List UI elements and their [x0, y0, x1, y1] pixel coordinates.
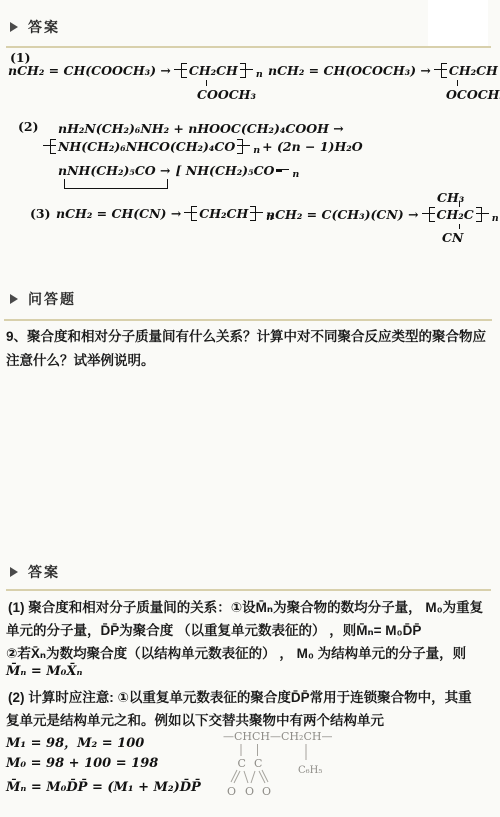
phenyl-group: C₆H₅	[298, 765, 322, 776]
heading-label: 答案	[28, 17, 60, 37]
eq-text: nCH₂ = CH(COOCH₃) →	[8, 63, 171, 78]
answer-text-line: ②若X̄ₙ为数均聚合度（以结构单元数表征的） ， M₀ 为结构单元的分子量，则	[6, 642, 466, 662]
divider	[6, 589, 491, 591]
arrow-bullet-icon	[10, 22, 18, 32]
item-label: (2)	[18, 119, 39, 134]
carbonyl-c-left: C	[238, 757, 246, 770]
eq-text: nCH₂ = CH(CN) →	[56, 206, 181, 221]
equation-2-line3: nNH(CH₂)₅CO → [ NH(CH₂)₅CO n	[58, 163, 299, 178]
bond-line	[244, 771, 248, 783]
equation-1-left: nCH₂ = CH(COOCH₃) → CH₂CH n	[8, 63, 263, 78]
divider	[4, 319, 492, 321]
repeat-unit: NH(CH₂)₆NHCO(CH₂)₄CO	[58, 139, 235, 154]
oxygen-atom: O	[227, 785, 236, 798]
bond-line	[234, 771, 240, 783]
bond-line	[459, 224, 460, 229]
highlight-patch	[428, 0, 488, 46]
copolymer-structure: —CHCH—CH₂CH— C C C₆H₅ O O O	[212, 727, 392, 801]
open-bracket-icon	[191, 206, 197, 221]
answer-text-line: 单元的分子量，D̄P̄为聚合度 （以重复单元数表征的） ，则M̄ₙ= M₀D̄P…	[6, 619, 421, 639]
close-bracket-icon	[276, 170, 282, 172]
answer-heading-2: 答案	[10, 562, 60, 582]
bond-line	[206, 80, 207, 86]
equation-1-right: nCH₂ = CH(OCOCH₃) → CH₂CH n	[268, 63, 500, 78]
heading-label: 问答题	[28, 289, 76, 309]
polymer-unit: CH₂CH	[173, 63, 246, 78]
eq-text: + (2n − 1)H₂O	[262, 139, 363, 154]
open-bracket-icon	[181, 63, 187, 78]
formula-mn-dp: M̄ₙ = M₀D̄P̄ = (M₁ + M₂)D̄P̄	[6, 780, 201, 795]
polymer-unit	[274, 170, 282, 172]
repeat-unit: CH₂CH	[449, 63, 498, 78]
eq-text: nNH(CH₂)₅CO →	[58, 163, 171, 178]
close-bracket-icon	[240, 63, 246, 78]
bond-line	[259, 771, 265, 783]
equation-3-right: nCH₂ = C(CH₃)(CN) → CH₂C n	[266, 207, 499, 222]
structure-backbone: —CHCH—CH₂CH—	[223, 730, 332, 743]
subscript-n: n	[492, 214, 499, 224]
formula-mn-xn: M̄ₙ = M₀X̄ₙ	[6, 664, 82, 679]
equation-2-line1: nH₂N(CH₂)₆NH₂ + nHOOC(CH₂)₄COOH →	[58, 121, 344, 136]
bond-line	[457, 80, 458, 86]
close-bracket-icon	[237, 139, 243, 154]
oxygen-atom: O	[262, 785, 271, 798]
question-heading: 问答题	[10, 289, 76, 309]
open-bracket-icon	[441, 63, 447, 78]
arrow-bullet-icon	[10, 294, 18, 304]
answer-text-line: 复单元是结构单元之和。例如以下交替共聚物中有两个结构单元	[6, 709, 384, 729]
polymer-unit: CH₂CH	[433, 63, 500, 78]
question-text-line1: 9、聚合度和相对分子质量间有什么关系？计算中对不同聚合反应类型的聚合物应	[6, 325, 486, 345]
divider	[6, 46, 491, 48]
bond-line	[262, 770, 268, 782]
oxygen-atom: O	[245, 785, 254, 798]
repeat-unit: CH₂C	[437, 207, 474, 222]
open-bracket-icon	[429, 207, 435, 222]
equation-3-left: nCH₂ = CH(CN) → CH₂CH n	[56, 206, 273, 221]
polymer-unit: CH₂CH	[183, 206, 256, 221]
subscript-n: n	[292, 170, 299, 180]
polymer-unit: CH₂C	[421, 207, 482, 222]
close-bracket-icon	[250, 206, 256, 221]
carbonyl-c-right: C	[254, 757, 262, 770]
substituent-label: COOCH₃	[197, 87, 256, 102]
bond-line	[231, 770, 237, 782]
eq-text: [ NH(CH₂)₅CO	[176, 163, 275, 178]
question-text-line2: 注意什么？试举例说明。	[6, 349, 155, 369]
heading-label: 答案	[28, 562, 60, 582]
item-label: (3)	[30, 206, 51, 221]
answer-heading-1: 答案	[10, 17, 60, 37]
answer-text-line: (1) 聚合度和相对分子质量间的关系：①设M̄ₙ为聚合物的数均分子量， M₀为重…	[8, 596, 483, 616]
subscript-n: n	[253, 146, 260, 156]
open-bracket-icon	[50, 139, 56, 154]
substituent-label: CN	[442, 230, 463, 245]
formula-m0: M₀ = 98 + 100 = 198	[6, 756, 158, 771]
bond-line	[251, 771, 255, 783]
document-page: 答案 (1) nCH₂ = CH(COOCH₃) → CH₂CH n COOCH…	[0, 0, 500, 817]
equation-2-line2: NH(CH₂)₆NHCO(CH₂)₄CO n + (2n − 1)H₂O	[40, 139, 363, 154]
polymer-unit: NH(CH₂)₆NHCO(CH₂)₄CO	[42, 139, 243, 154]
repeat-unit: CH₂CH	[189, 63, 238, 78]
repeat-unit: CH₂CH	[199, 206, 248, 221]
formula-m1-m2: M₁ = 98，M₂ = 100	[6, 732, 144, 751]
close-bracket-icon	[476, 207, 482, 222]
substituent-label: OCOCH₃	[446, 87, 500, 102]
ring-bracket	[64, 179, 168, 189]
substituent-label: CH₃	[437, 190, 464, 205]
subscript-n: n	[256, 70, 263, 80]
eq-text: nCH₂ = C(CH₃)(CN) →	[266, 207, 419, 222]
arrow-bullet-icon	[10, 567, 18, 577]
eq-text: nCH₂ = CH(OCOCH₃) →	[268, 63, 431, 78]
answer-text-line: (2) 计算时应注意: ①以重复单元数表征的聚合度D̄P̄常用于连锁聚合物中，其…	[8, 686, 472, 706]
